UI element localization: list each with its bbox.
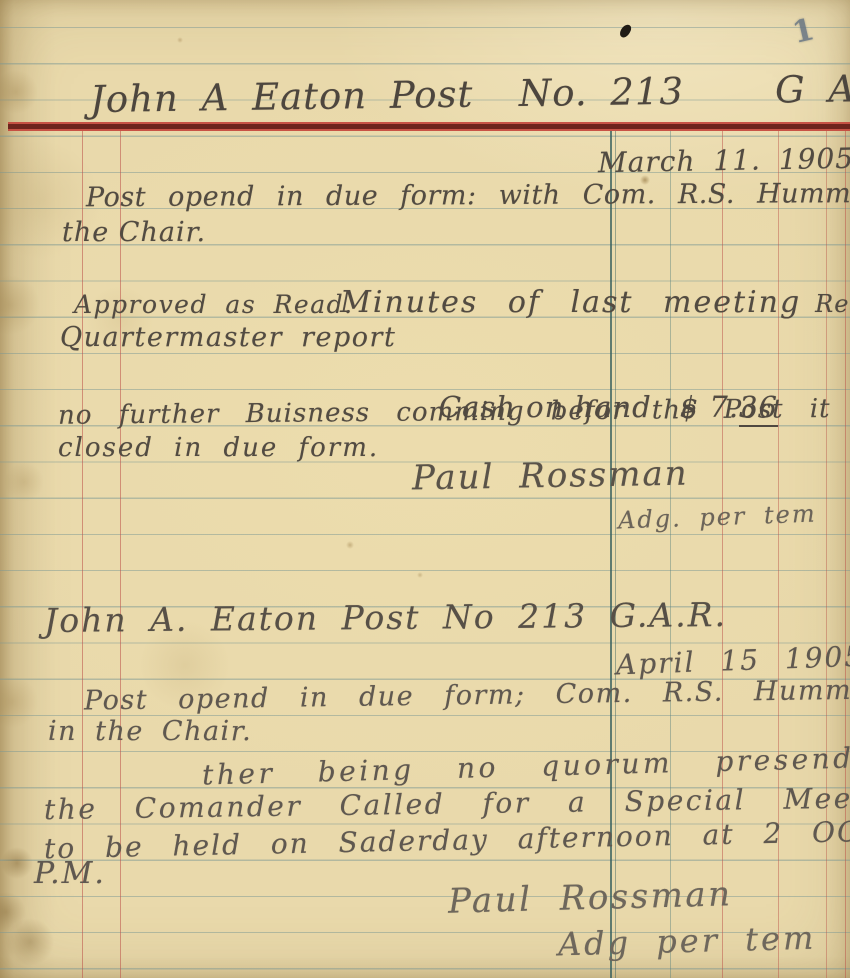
entry2-line-opened: Post opend in due form; Com. R.S. Hummel [84, 674, 850, 716]
entry1-line-closed: closed in due form. [58, 433, 379, 463]
entry1-line-approved: Approved as Read. [74, 290, 354, 319]
entry2-line-chair: in the Chair. [48, 716, 252, 747]
double-red-head-rule [8, 122, 850, 131]
entry2-signature: Paul Rossman [448, 874, 734, 921]
entry1-line-opened: Post opend in due form: with Com. R.S. H… [86, 178, 850, 213]
entry1-signature-title: Adg. per tem [618, 500, 817, 535]
entry1-minutes-read-and: Read and [815, 290, 850, 318]
ledger-title: John A Eaton Post No. 213 G A R 2 [90, 66, 850, 121]
entry2-signature-title: Adg per tem [558, 919, 817, 964]
ink-blot [618, 23, 633, 40]
ledger-page: 1 John A Eaton Post No. 213 G A R 2 Marc… [0, 0, 850, 978]
entry1-signature: Paul Rossman [412, 454, 689, 499]
entry2-line-pm: P.M. [34, 856, 106, 891]
entry1-line-quartermaster: Quartermaster report [60, 322, 396, 353]
entry1-line-chair: the Chair. [62, 217, 206, 248]
entry2-title: John A. Eaton Post No 213 G.A.R. [44, 595, 727, 640]
entry1-date: March 11. 1905 [598, 142, 850, 179]
entry1-minutes-text: Minutes of last meeting [340, 285, 801, 320]
page-number-stamp: 1 [789, 12, 817, 51]
